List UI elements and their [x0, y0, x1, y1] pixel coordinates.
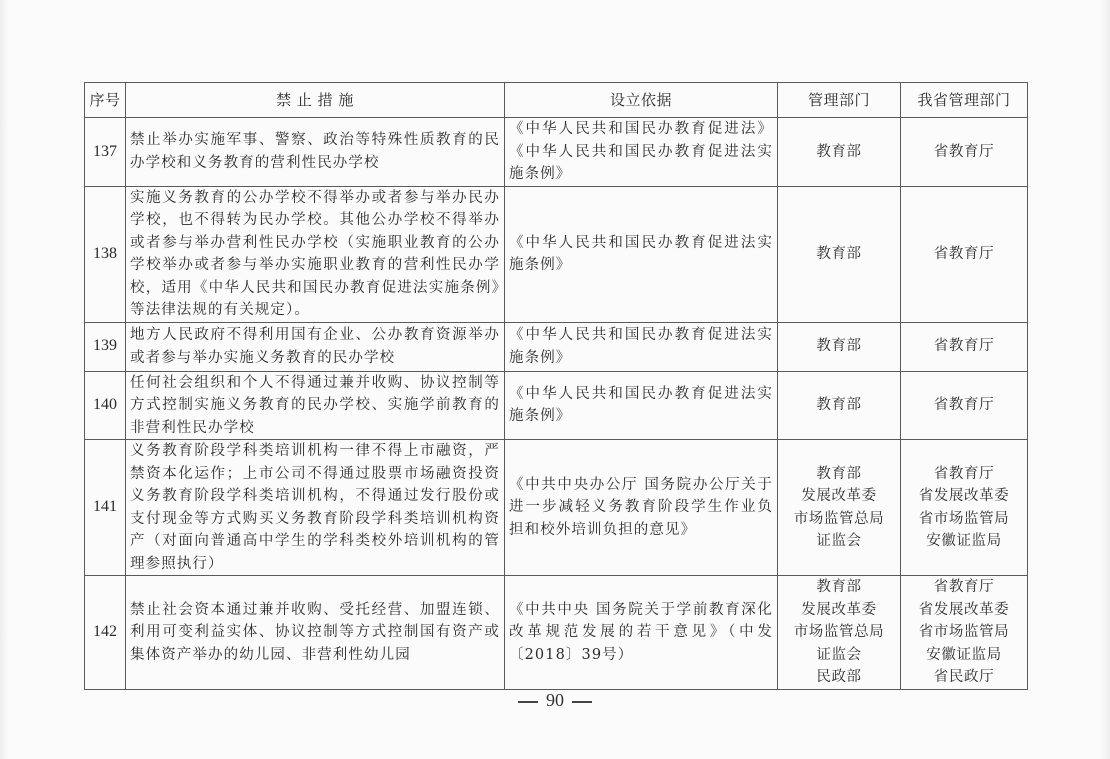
row-number: 140 [85, 371, 126, 440]
page-number: 90 [546, 690, 564, 710]
header-prohibited-measures: 禁 止 措 施 [126, 83, 505, 118]
header-legal-basis: 设立依据 [505, 83, 778, 118]
header-serial-number: 序号 [85, 83, 126, 118]
table-row: 140 任何社会组织和个人不得通过兼并收购、协议控制等方式控制实施义务教育的民办… [85, 371, 1028, 440]
management-department: 教育部 [778, 371, 901, 440]
legal-basis-text: 《中华人民共和国民办教育促进法实施条例》 [505, 186, 778, 322]
management-department: 教育部 [778, 322, 901, 371]
prohibited-measures-table: 序号 禁 止 措 施 设立依据 管理部门 我省管理部门 137 禁止举办实施军事… [84, 82, 1028, 690]
management-department: 教育部 [778, 186, 901, 322]
legal-basis-text: 《中华人民共和国民办教育促进法》《中华人民共和国民办教育促进法实施条例》 [505, 118, 778, 187]
management-department: 教育部 发展改革委 市场监管总局 证监会 民政部 [778, 576, 901, 690]
table-row: 141 义务教育阶段学科类培训机构一律不得上市融资，严禁资本化运作；上市公司不得… [85, 440, 1028, 576]
provincial-department: 省教育厅 [901, 186, 1028, 322]
dash-right [572, 701, 592, 702]
legal-basis-text: 《中共中央 国务院关于学前教育深化改革规范发展的若干意见》（中发〔2018〕39… [505, 576, 778, 690]
row-number: 141 [85, 440, 126, 576]
measure-text: 义务教育阶段学科类培训机构一律不得上市融资，严禁资本化运作；上市公司不得通过股票… [126, 440, 505, 576]
row-number: 138 [85, 186, 126, 322]
header-management-department: 管理部门 [778, 83, 901, 118]
measure-text: 任何社会组织和个人不得通过兼并收购、协议控制等方式控制实施义务教育的民办学校、实… [126, 371, 505, 440]
page-footer: 90 [0, 690, 1110, 711]
measure-text: 地方人民政府不得利用国有企业、公办教育资源举办或者参与举办实施义务教育的民办学校 [126, 322, 505, 371]
provincial-department: 省教育厅 [901, 322, 1028, 371]
management-department: 教育部 发展改革委 市场监管总局 证监会 [778, 440, 901, 576]
row-number: 142 [85, 576, 126, 690]
measure-text: 禁止举办实施军事、警察、政治等特殊性质教育的民办学校和义务教育的营利性民办学校 [126, 118, 505, 187]
legal-basis-text: 《中华人民共和国民办教育促进法实施条例》 [505, 322, 778, 371]
provincial-department: 省教育厅 [901, 118, 1028, 187]
measure-text: 实施义务教育的公办学校不得举办或者参与举办民办学校，也不得转为民办学校。其他公办… [126, 186, 505, 322]
header-provincial-department: 我省管理部门 [901, 83, 1028, 118]
legal-basis-text: 《中华人民共和国民办教育促进法实施条例》 [505, 371, 778, 440]
table-row: 142 禁止社会资本通过兼并收购、受托经营、加盟连锁、利用可变利益实体、协议控制… [85, 576, 1028, 690]
table-row: 138 实施义务教育的公办学校不得举办或者参与举办民办学校，也不得转为民办学校。… [85, 186, 1028, 322]
table-header-row: 序号 禁 止 措 施 设立依据 管理部门 我省管理部门 [85, 83, 1028, 118]
row-number: 139 [85, 322, 126, 371]
legal-basis-text: 《中共中央办公厅 国务院办公厅关于进一步减轻义务教育阶段学生作业负担和校外培训负… [505, 440, 778, 576]
dash-left [518, 701, 538, 702]
measure-text: 禁止社会资本通过兼并收购、受托经营、加盟连锁、利用可变利益实体、协议控制等方式控… [126, 576, 505, 690]
provincial-department: 省教育厅 [901, 371, 1028, 440]
table-row: 137 禁止举办实施军事、警察、政治等特殊性质教育的民办学校和义务教育的营利性民… [85, 118, 1028, 187]
management-department: 教育部 [778, 118, 901, 187]
row-number: 137 [85, 118, 126, 187]
provincial-department: 省教育厅 省发展改革委 省市场监管局 安徽证监局 省民政厅 [901, 576, 1028, 690]
provincial-department: 省教育厅 省发展改革委 省市场监管局 安徽证监局 [901, 440, 1028, 576]
table-row: 139 地方人民政府不得利用国有企业、公办教育资源举办或者参与举办实施义务教育的… [85, 322, 1028, 371]
